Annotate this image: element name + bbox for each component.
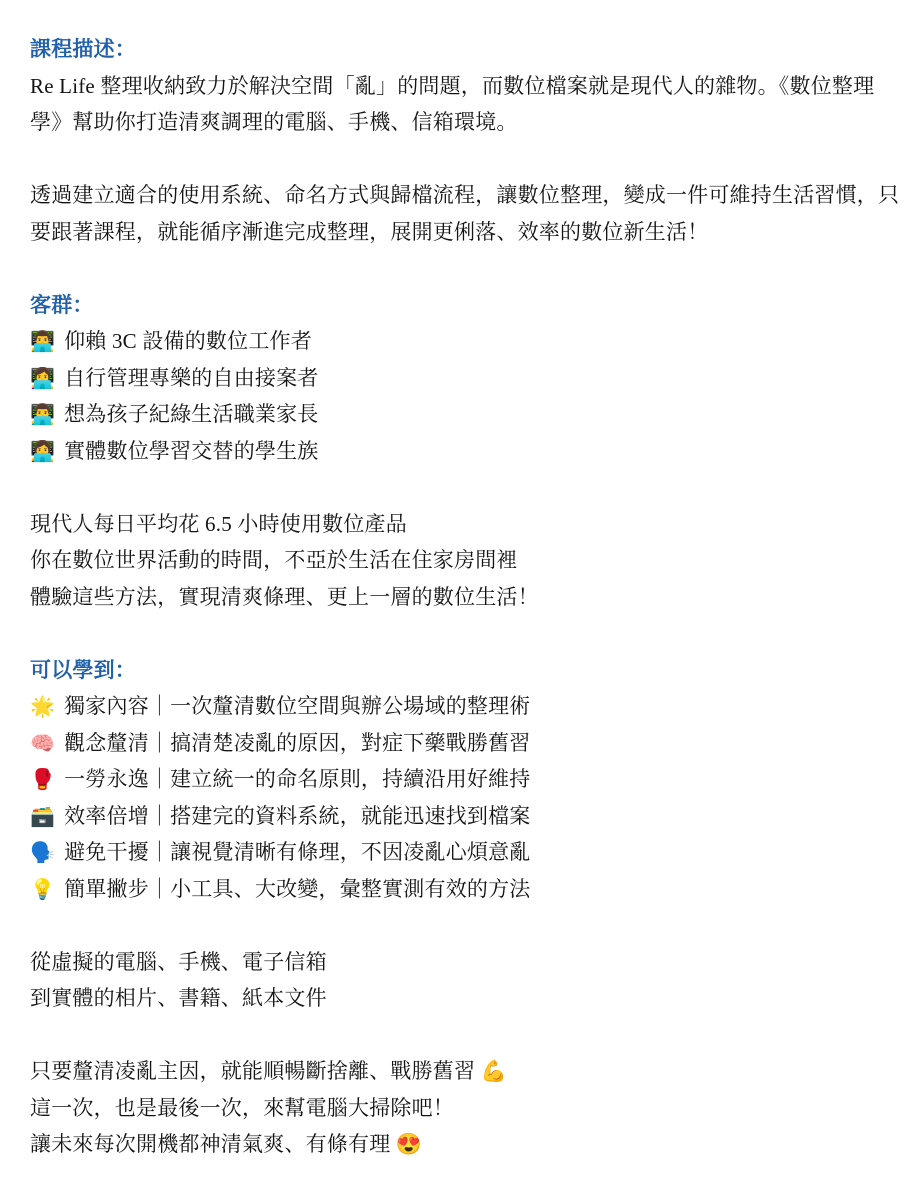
- list-item-label: 觀念釐清｜搞清楚凌亂的原因，對症下藥戰勝舊習: [64, 725, 530, 762]
- list-item: 🗣️ 避免干擾｜讓視覺清晰有條理，不因凌亂心煩意亂: [30, 834, 898, 871]
- list-item-label: 仰賴 3C 設備的數位工作者: [64, 323, 312, 360]
- woman-technologist-emoji: 👩‍💻: [30, 433, 55, 470]
- paragraph-line: 只要釐清凌亂主因，就能順暢斷捨離、戰勝舊習 💪: [30, 1053, 898, 1090]
- paragraph-line: 你在數位世界活動的時間，不亞於生活在住家房間裡: [30, 542, 898, 579]
- course-description-document: 課程描述： Re Life 整理收納致力於解決空間「亂」的問題，而數位檔案就是現…: [0, 0, 918, 1163]
- section-heading-course-description: 課程描述：: [30, 31, 898, 68]
- boxing-glove-emoji: 🥊: [30, 761, 55, 798]
- paragraph-line: 從虛擬的電腦、手機、電子信箱: [30, 944, 898, 981]
- list-item: 🗃️ 效率倍增｜搭建完的資料系統，就能迅速找到檔案: [30, 798, 898, 835]
- paragraph-line: 透過建立適合的使用系統、命名方式與歸檔流程，讓數位整理，變成一件可維持生活習慣，…: [30, 177, 898, 214]
- list-item-label: 一勞永逸｜建立統一的命名原則，持續沿用好維持: [64, 761, 530, 798]
- list-item: 🥊 一勞永逸｜建立統一的命名原則，持續沿用好維持: [30, 761, 898, 798]
- paragraph-line: Re Life 整理收納致力於解決空間「亂」的問題，而數位檔案就是現代人的雜物。…: [30, 68, 898, 105]
- list-item-label: 想為孩子紀綠生活職業家長: [64, 396, 318, 433]
- list-item: 👨‍💻 仰賴 3C 設備的數位工作者: [30, 323, 898, 360]
- paragraph-line: 讓未來每次開機都神清氣爽、有條有理 😍: [30, 1126, 898, 1163]
- man-technologist-emoji: 👨‍💻: [30, 396, 55, 433]
- list-item: 🌟 獨家內容｜一次釐清數位空間與辦公場域的整理術: [30, 688, 898, 725]
- list-item-label: 避免干擾｜讓視覺清晰有條理，不因凌亂心煩意亂: [64, 834, 530, 871]
- list-item: 👩‍💻 實體數位學習交替的學生族: [30, 433, 898, 470]
- light-bulb-emoji: 💡: [30, 871, 55, 908]
- paragraph-line: 這一次，也是最後一次，來幫電腦大掃除吧！: [30, 1090, 898, 1127]
- list-item: 🧠 觀念釐清｜搞清楚凌亂的原因，對症下藥戰勝舊習: [30, 725, 898, 762]
- section-heading-learning: 可以學到：: [30, 652, 898, 689]
- list-item: 💡 簡單撇步｜小工具、大改變，彙整實測有效的方法: [30, 871, 898, 908]
- brain-emoji: 🧠: [30, 725, 55, 762]
- paragraph-line: 要跟著課程，就能循序漸進完成整理，展開更俐落、效率的數位新生活！: [30, 214, 898, 251]
- list-item-label: 實體數位學習交替的學生族: [64, 433, 318, 470]
- paragraph-line: 到實體的相片、書籍、紙本文件: [30, 980, 898, 1017]
- paragraph-line: 體驗這些方法，實現清爽條理、更上一層的數位生活！: [30, 579, 898, 616]
- list-item-label: 自行管理專樂的自由接案者: [64, 360, 318, 397]
- speaking-head-emoji: 🗣️: [30, 834, 55, 871]
- paragraph-line: 現代人每日平均花 6.5 小時使用數位產品: [30, 506, 898, 543]
- list-item: 👨‍💻 想為孩子紀綠生活職業家長: [30, 396, 898, 433]
- section-heading-audience: 客群：: [30, 287, 898, 324]
- card-file-box-emoji: 🗃️: [30, 798, 55, 835]
- man-technologist-emoji: 👨‍💻: [30, 323, 55, 360]
- glowing-star-emoji: 🌟: [30, 688, 55, 725]
- list-item-label: 簡單撇步｜小工具、大改變，彙整實測有效的方法: [64, 871, 530, 908]
- paragraph-line: 學》幫助你打造清爽調理的電腦、手機、信箱環境。: [30, 104, 898, 141]
- list-item-label: 獨家內容｜一次釐清數位空間與辦公場域的整理術: [64, 688, 530, 725]
- list-item: 👩‍💻 自行管理專樂的自由接案者: [30, 360, 898, 397]
- woman-technologist-emoji: 👩‍💻: [30, 360, 55, 397]
- list-item-label: 效率倍增｜搭建完的資料系統，就能迅速找到檔案: [64, 798, 530, 835]
